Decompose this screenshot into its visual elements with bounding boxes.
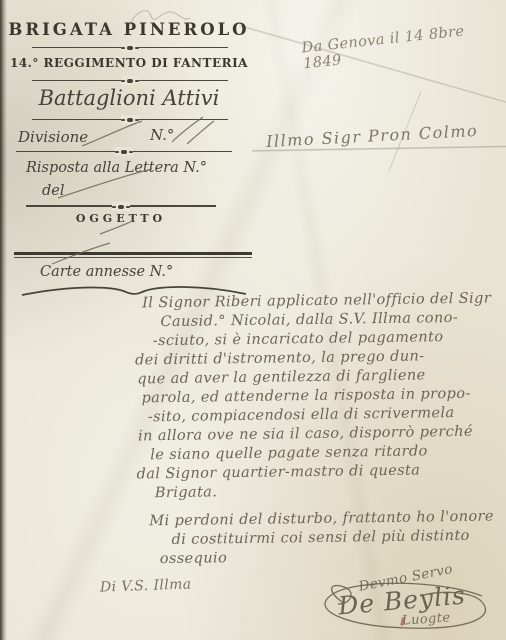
division-blank-stroke — [82, 121, 142, 146]
subject-blank-stroke-1 — [100, 221, 133, 234]
body-line: Brigata. — [155, 479, 501, 503]
number-blank-stroke-2 — [187, 121, 214, 144]
letter-body: Il Signor Riberi applicato nell'officio … — [126, 289, 502, 569]
number-blank-stroke-1 — [172, 117, 203, 142]
subject-blank-stroke-2 — [52, 243, 110, 264]
closing-addressee: Di V.S. Illma — [100, 576, 192, 595]
scanned-letter-document: BRIGATA PINEROLO 14.° REGGIMENTO DI FANT… — [0, 0, 506, 640]
del-blank-stroke — [58, 169, 152, 198]
